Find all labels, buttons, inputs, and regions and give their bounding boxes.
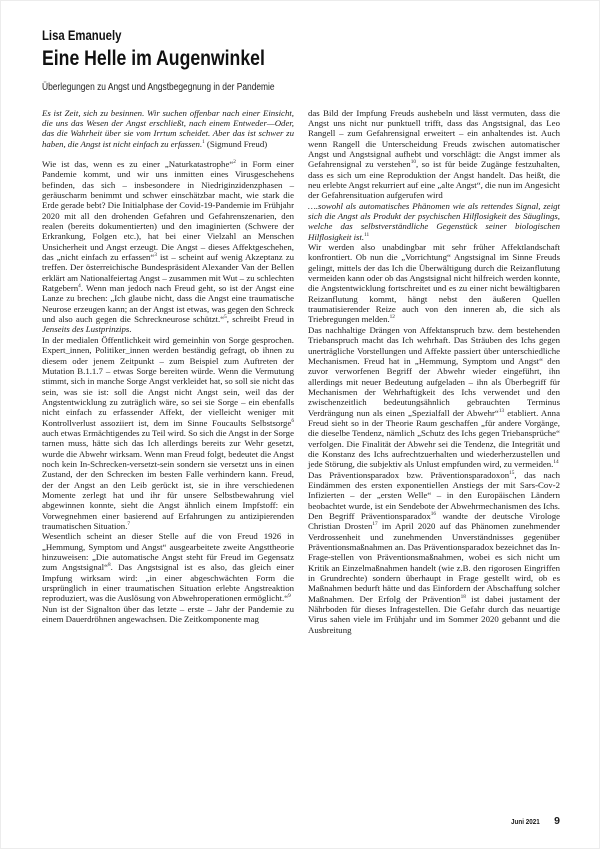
paragraph-4: Nun ist der Signalton über das letzte – … — [42, 604, 294, 625]
paragraph-6: Wir werden also unabdingbar mit sehr frü… — [308, 242, 560, 325]
paragraph-8: Das Präventionsparadox bzw. Präventionsp… — [308, 470, 560, 636]
left-column: Es ist Zeit, sich zu besinnen. Wir suche… — [42, 108, 294, 636]
article-title: Eine Helle im Augenwinkel — [42, 47, 560, 70]
paragraph-2: In der medialen Öffentlichkeit wird geme… — [42, 335, 294, 532]
paragraph-7: Das nachhaltige Drängen von Affektanspru… — [308, 325, 560, 470]
issue-date: Juni 2021 — [511, 817, 545, 826]
paragraph-5: das Bild der Impfung Freuds aushebeln un… — [308, 108, 560, 201]
paragraph-3: Wesentlich scheint an dieser Stelle auf … — [42, 531, 294, 603]
paragraph-1: Wie ist das, wenn es zu einer „Naturkata… — [42, 159, 294, 335]
issue-date-text: Juni 2021 — [511, 817, 540, 826]
article-header: Lisa Emanuely Eine Helle im Augenwinkel … — [42, 28, 560, 93]
author-name: Lisa Emanuely — [42, 28, 560, 44]
two-column-body: Es ist Zeit, sich zu besinnen. Wir suche… — [42, 108, 560, 636]
article-subtitle-text: Überlegungen zu Angst und Angstbegegnung… — [42, 82, 275, 93]
page-footer: Juni 2021 9 — [511, 815, 560, 827]
epigraph: Es ist Zeit, sich zu besinnen. Wir suche… — [42, 108, 294, 149]
article-subtitle: Überlegungen zu Angst und Angstbegegnung… — [42, 82, 560, 93]
author-name-text: Lisa Emanuely — [42, 28, 121, 44]
right-column: das Bild der Impfung Freuds aushebeln un… — [308, 108, 560, 636]
page-number: 9 — [554, 815, 560, 827]
journal-page: Lisa Emanuely Eine Helle im Augenwinkel … — [0, 0, 600, 849]
article-title-text: Eine Helle im Augenwinkel — [42, 47, 265, 70]
block-quote: ….sowohl als automatisches Phänomen wie … — [308, 201, 560, 242]
